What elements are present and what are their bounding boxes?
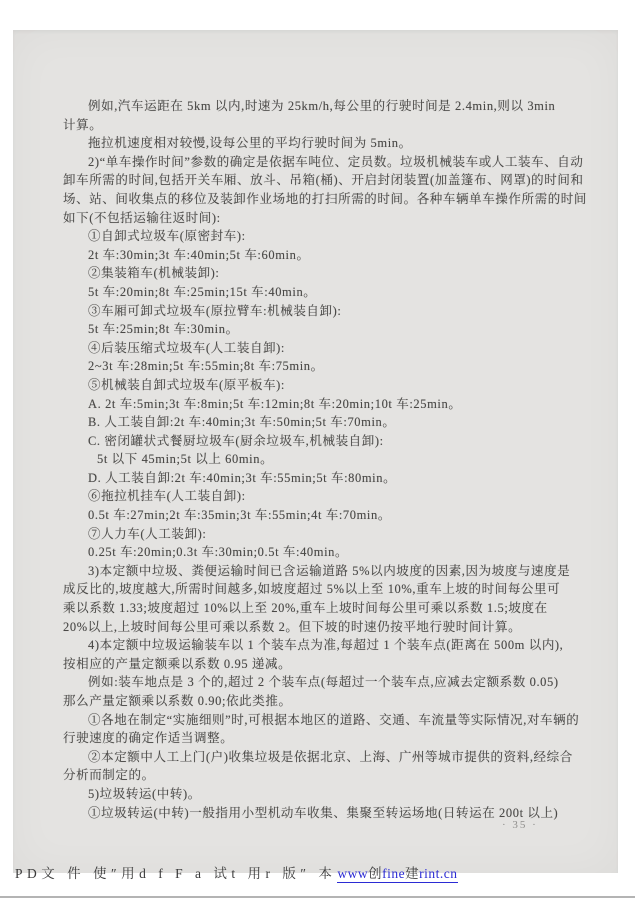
text-line: 如下(不包括运输往返时间): — [63, 209, 581, 228]
text-line: ⑥拖拉机挂车(人工装自卸): — [63, 487, 581, 506]
text-line: 2~3t 车:28min;5t 车:55min;8t 车:75min。 — [63, 357, 581, 376]
text-line: 例如:装车地点是 3 个的,超过 2 个装车点(每超过一个装车点,应减去定额系数… — [63, 673, 581, 692]
text-line: ④后装压缩式垃圾车(人工装自卸): — [63, 339, 581, 358]
text-line: 5t 车:25min;8t 车:30min。 — [63, 320, 581, 339]
link-text: www — [337, 866, 368, 881]
text-line: 那么产量定额乘以系数 0.90;依此类推。 — [63, 692, 581, 711]
text-line: 按相应的产量定额乘以系数 0.95 递减。 — [63, 655, 581, 674]
text-line: 成反比的,坡度越大,所需时间越多,如坡度超过 5%以上至 10%,重车上坡的时间… — [63, 580, 581, 599]
text-line: ①自卸式垃圾车(原密封车): — [63, 227, 581, 246]
body-text: 例如,汽车运距在 5km 以内,时速为 25km/h,每公里的行驶时间是 2.4… — [63, 97, 581, 822]
watermark-text: PD文 件 使″用d f F a 试t 用r 版″ 本 — [15, 866, 336, 881]
text-line: D. 人工装自卸:2t 车:40min;3t 车:55min;5t 车:80mi… — [63, 469, 581, 488]
text-line: ①各地在制定“实施细则”时,可根据本地区的道路、交通、车流量等实际情况,对车辆的 — [63, 711, 581, 730]
text-line: 4)本定额中垃圾运输装车以 1 个装车点为准,每超过 1 个装车点(距离在 50… — [63, 636, 581, 655]
text-line: B. 人工装自卸:2t 车:40min;3t 车:50min;5t 车:70mi… — [63, 413, 581, 432]
text-line: 5t 车:20min;8t 车:25min;15t 车:40min。 — [63, 283, 581, 302]
text-line: 场、站、间收集点的移位及装卸作业场地的打扫所需的时间。各种车辆单车操作所需的时间 — [63, 190, 581, 209]
link-text: rint.cn — [419, 866, 457, 881]
text-line: 拖拉机速度相对较慢,设每公里的平均行驶时间为 5min。 — [63, 134, 581, 153]
text-line: 0.5t 车:27min;2t 车:35min;3t 车:55min;4t 车:… — [63, 506, 581, 525]
text-line: 乘以系数 1.33;坡度超过 10%以上至 20%,重车上坡时间每公里可乘以系数… — [63, 599, 581, 618]
text-line: ⑦人力车(人工装卸): — [63, 525, 581, 544]
text-line: 卸车所需的时间,包括开关车厢、放斗、吊箱(桶)、开启封闭装置(加盖篷布、网罩)的… — [63, 171, 581, 190]
text-line: 2)“单车操作时间”参数的确定是依据车吨位、定员数。垃圾机械装车或人工装车、自动 — [63, 153, 581, 172]
text-line: 计算。 — [63, 116, 581, 135]
text-line: 分析而制定的。 — [63, 766, 581, 785]
text-line: ③车厢可卸式垃圾车(原拉臂车:机械装自卸): — [63, 302, 581, 321]
text-line: ②本定额中人工上门(户)收集垃圾是依据北京、上海、广州等城市提供的资料,经综合 — [63, 748, 581, 767]
text-line: 5t 以下 45min;5t 以上 60min。 — [63, 450, 581, 469]
text-line: ⑤机械装自卸式垃圾车(原平板车): — [63, 376, 581, 395]
link-text: fine — [382, 866, 405, 881]
text-line: 2t 车:30min;3t 车:40min;5t 车:60min。 — [63, 246, 581, 265]
document-page: { "colors":{ "page_bg":"#ffffff", "scan_… — [0, 0, 635, 900]
text-line: 3)本定额中垃圾、粪便运输时间已含运输道路 5%以内坡度的因素,因为坡度与速度是 — [63, 562, 581, 581]
watermark: PD文 件 使″用d f F a 试t 用r 版″ 本www创fine建rint… — [15, 862, 458, 882]
text-line: 行驶速度的确定作适当调整。 — [63, 729, 581, 748]
scanned-page: 例如,汽车运距在 5km 以内,时速为 25km/h,每公里的行驶时间是 2.4… — [13, 30, 618, 873]
text-line: 5)垃圾转运(中转)。 — [63, 785, 581, 804]
text-line: C. 密闭罐状式餐厨垃圾车(厨余垃圾车,机械装自卸): — [63, 432, 581, 451]
bottom-border-line — [0, 896, 635, 898]
page-number: · 35 · — [502, 819, 538, 831]
text-line: ②集装箱车(机械装卸): — [63, 264, 581, 283]
watermark-overlay-char: 创 — [368, 866, 382, 881]
fineprint-link[interactable]: www创fine建rint.cn — [337, 862, 457, 883]
watermark-overlay-char: 建 — [405, 866, 419, 881]
text-line: A. 2t 车:5min;3t 车:8min;5t 车:12min;8t 车:2… — [63, 395, 581, 414]
text-line: 0.25t 车:20min;0.3t 车:30min;0.5t 车:40min。 — [63, 543, 581, 562]
text-line: 例如,汽车运距在 5km 以内,时速为 25km/h,每公里的行驶时间是 2.4… — [63, 97, 581, 116]
text-line: 20%以上,上坡时间每公里可乘以系数 2。但下坡的时速仍按平地行驶时间计算。 — [63, 618, 581, 637]
